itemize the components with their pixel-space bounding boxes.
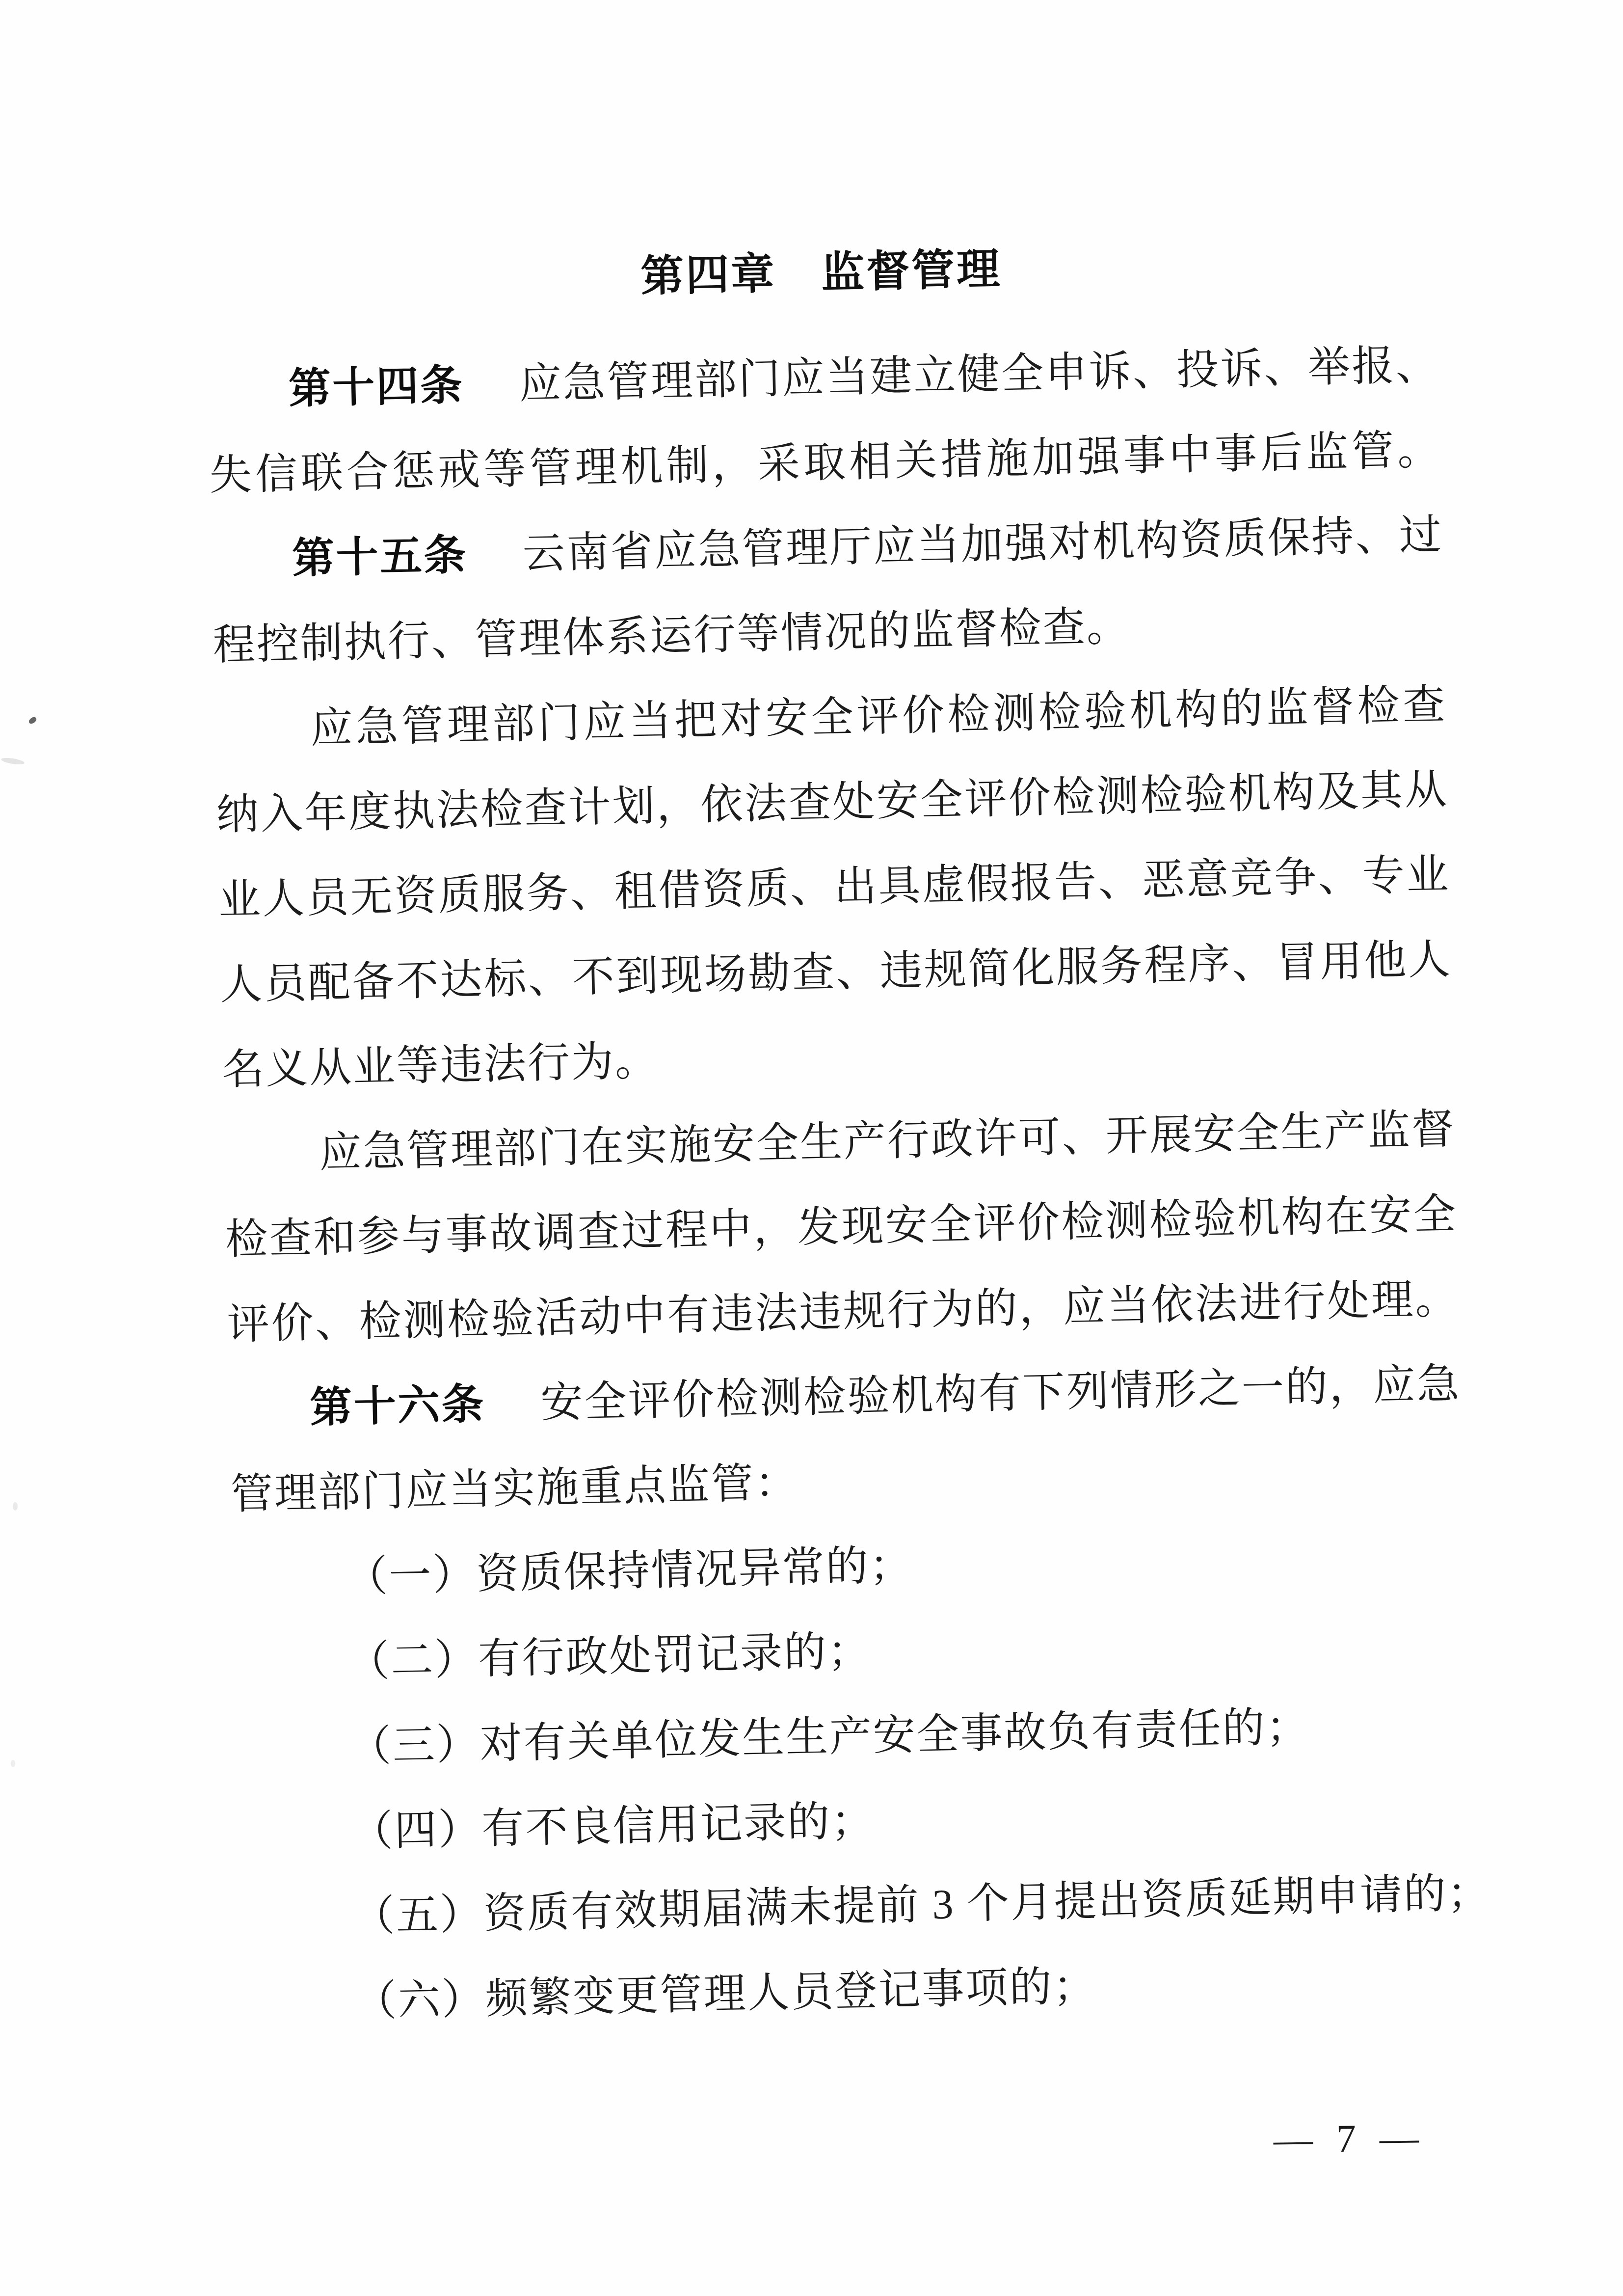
line-text: （六）频繁变更管理人员登记事项的； xyxy=(354,1962,1097,2025)
scan-artifact xyxy=(13,1502,18,1511)
line-text: 程控制执行、管理体系运行等情况的监督检查。 xyxy=(213,602,1131,669)
line-text: 安全评价检测检验机构有下列情形之一的，应急 xyxy=(540,1360,1461,1427)
line-text: （五）资质有效期届满未提前 3 个月提出资质延期申请的； xyxy=(352,1869,1491,1941)
line-text: （三）对有关单位发生生产安全事故负有责任的； xyxy=(348,1703,1310,1770)
scan-artifact xyxy=(0,756,25,765)
line-text: 名义从业等违法行为。 xyxy=(221,1037,659,1094)
document-text: 第四章 监督管理 第十四条 应急管理部门应当建立健全申诉、投诉、举报、 失信联合… xyxy=(205,218,1474,2047)
line-text: 失信联合惩戒等管理机制，采取相关措施加强事中事后监管。 xyxy=(209,426,1441,499)
line-text: 评价、检测检验活动中有违法违规行为的，应当依法进行处理。 xyxy=(227,1275,1459,1349)
line-text: 应急管理部门应当把对安全评价检测检验机构的监督检查 xyxy=(310,681,1447,752)
body-lines: 第十四条 应急管理部门应当建立健全申诉、投诉、举报、 失信联合惩戒等管理机制，采… xyxy=(207,323,1474,2047)
line-text: 管理部门应当实施重点监管： xyxy=(230,1459,799,1518)
scan-artifact xyxy=(11,1760,15,1767)
line-text: 应急管理部门在实施安全生产行政许可、开展安全生产监督 xyxy=(319,1106,1456,1176)
scan-artifact xyxy=(27,716,37,725)
line-text: 检查和参与事故调查过程中，发现安全评价检测检验机构在安全 xyxy=(225,1190,1457,1264)
line-text: （一）资质保持情况异常的； xyxy=(345,1541,914,1600)
line-text: 纳入年度执法检查计划，依法查处安全评价检测检验机构及其从 xyxy=(216,766,1448,839)
chapter-title: 第四章 监督管理 xyxy=(205,218,1438,329)
document-page: 第四章 监督管理 第十四条 应急管理部门应当建立健全申诉、投诉、举报、 失信联合… xyxy=(0,0,1623,2296)
page-number: — 7 — xyxy=(1271,2116,1428,2162)
line-text: （二）有行政处罚记录的； xyxy=(346,1627,872,1685)
line-text: 云南省应急管理厅应当加强对机构资质保持、过 xyxy=(522,511,1443,577)
article-number: 第十四条 xyxy=(288,362,464,412)
line-text: （四）有不良信用记录的； xyxy=(350,1797,876,1855)
line-text: 业人员无资质服务、租借资质、出具虚假报告、恶意竞争、专业 xyxy=(218,851,1450,924)
line-text: 人员配备不达标、不到现场勘查、违规简化服务程序、冒用他人 xyxy=(219,936,1452,1009)
article-number: 第十五条 xyxy=(292,532,468,582)
line-text: 应急管理部门应当建立健全申诉、投诉、举报、 xyxy=(519,341,1440,407)
article-number: 第十六条 xyxy=(310,1380,486,1431)
